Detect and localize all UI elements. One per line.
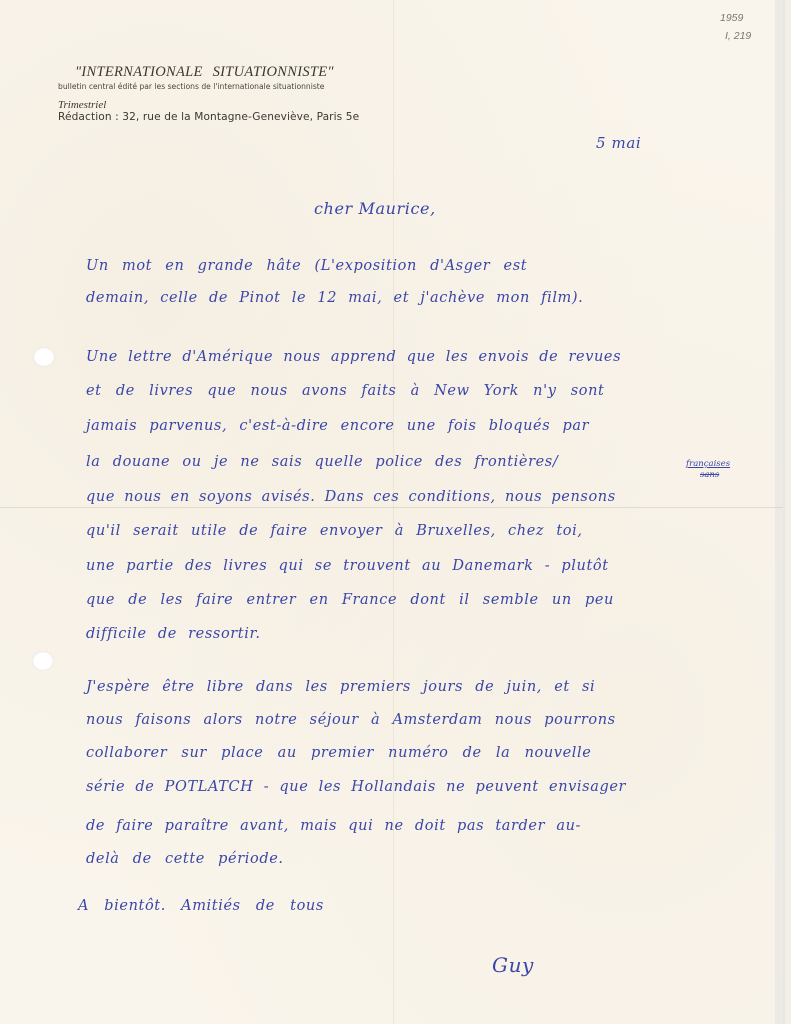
letter-line: que nous en soyons avisés. Dans ces cond… <box>86 489 616 505</box>
letter-line: difficile de ressortir. <box>86 626 261 642</box>
letter-line: Une lettre d'Amérique nous apprend que l… <box>86 349 621 365</box>
letter-line: delà de cette période. <box>86 851 284 867</box>
archive-year: 1959 <box>720 12 743 24</box>
inserted-annotation: françaises <box>686 459 730 469</box>
letter-line: la douane ou je ne sais quelle police de… <box>86 454 558 470</box>
letter-line: J'espère être libre dans les premiers jo… <box>86 679 595 695</box>
letterhead-frequency: Trimestriel <box>58 99 359 111</box>
letter-line: et de livres que nous avons faits à New … <box>86 383 604 399</box>
letter-line: jamais parvenus, c'est-à-dire encore une… <box>86 418 589 434</box>
vertical-fold-crease <box>393 0 394 1024</box>
punch-hole-top <box>33 347 55 367</box>
scan-edge <box>775 0 783 1024</box>
struck-annotation: sans <box>700 470 719 480</box>
signature: Guy <box>492 953 534 977</box>
letter-page: "INTERNATIONALE SITUATIONNISTE" bulletin… <box>0 0 783 1024</box>
letter-line: série de POTLATCH - que les Hollandais n… <box>86 779 626 795</box>
letter-date: 5 mai <box>596 134 641 152</box>
letter-line: demain, celle de Pinot le 12 mai, et j'a… <box>86 290 583 306</box>
letter-line: de faire paraître avant, mais qui ne doi… <box>86 818 581 834</box>
letterhead: "INTERNATIONALE SITUATIONNISTE" bulletin… <box>58 64 359 123</box>
letter-salutation: cher Maurice, <box>314 199 436 218</box>
letter-closing: A bientôt. Amitiés de tous <box>78 898 324 914</box>
letterhead-title: "INTERNATIONALE SITUATIONNISTE" <box>75 64 359 81</box>
letter-line: qu'il serait utile de faire envoyer à Br… <box>86 523 583 539</box>
letterhead-address: Rédaction : 32, rue de la Montagne-Genev… <box>58 111 359 123</box>
archive-reference: I, 219 <box>725 30 751 42</box>
letter-line: collaborer sur place au premier numéro d… <box>86 745 591 761</box>
horizontal-fold-crease <box>0 507 783 508</box>
letter-line: nous faisons alors notre séjour à Amster… <box>86 712 616 728</box>
letterhead-subtitle: bulletin central édité par les sections … <box>58 82 359 91</box>
punch-hole-bottom <box>32 651 54 671</box>
letter-line: Un mot en grande hâte (L'exposition d'As… <box>86 258 527 274</box>
letter-line: que de les faire entrer en France dont i… <box>86 592 614 608</box>
letter-line: une partie des livres qui se trouvent au… <box>86 558 609 574</box>
